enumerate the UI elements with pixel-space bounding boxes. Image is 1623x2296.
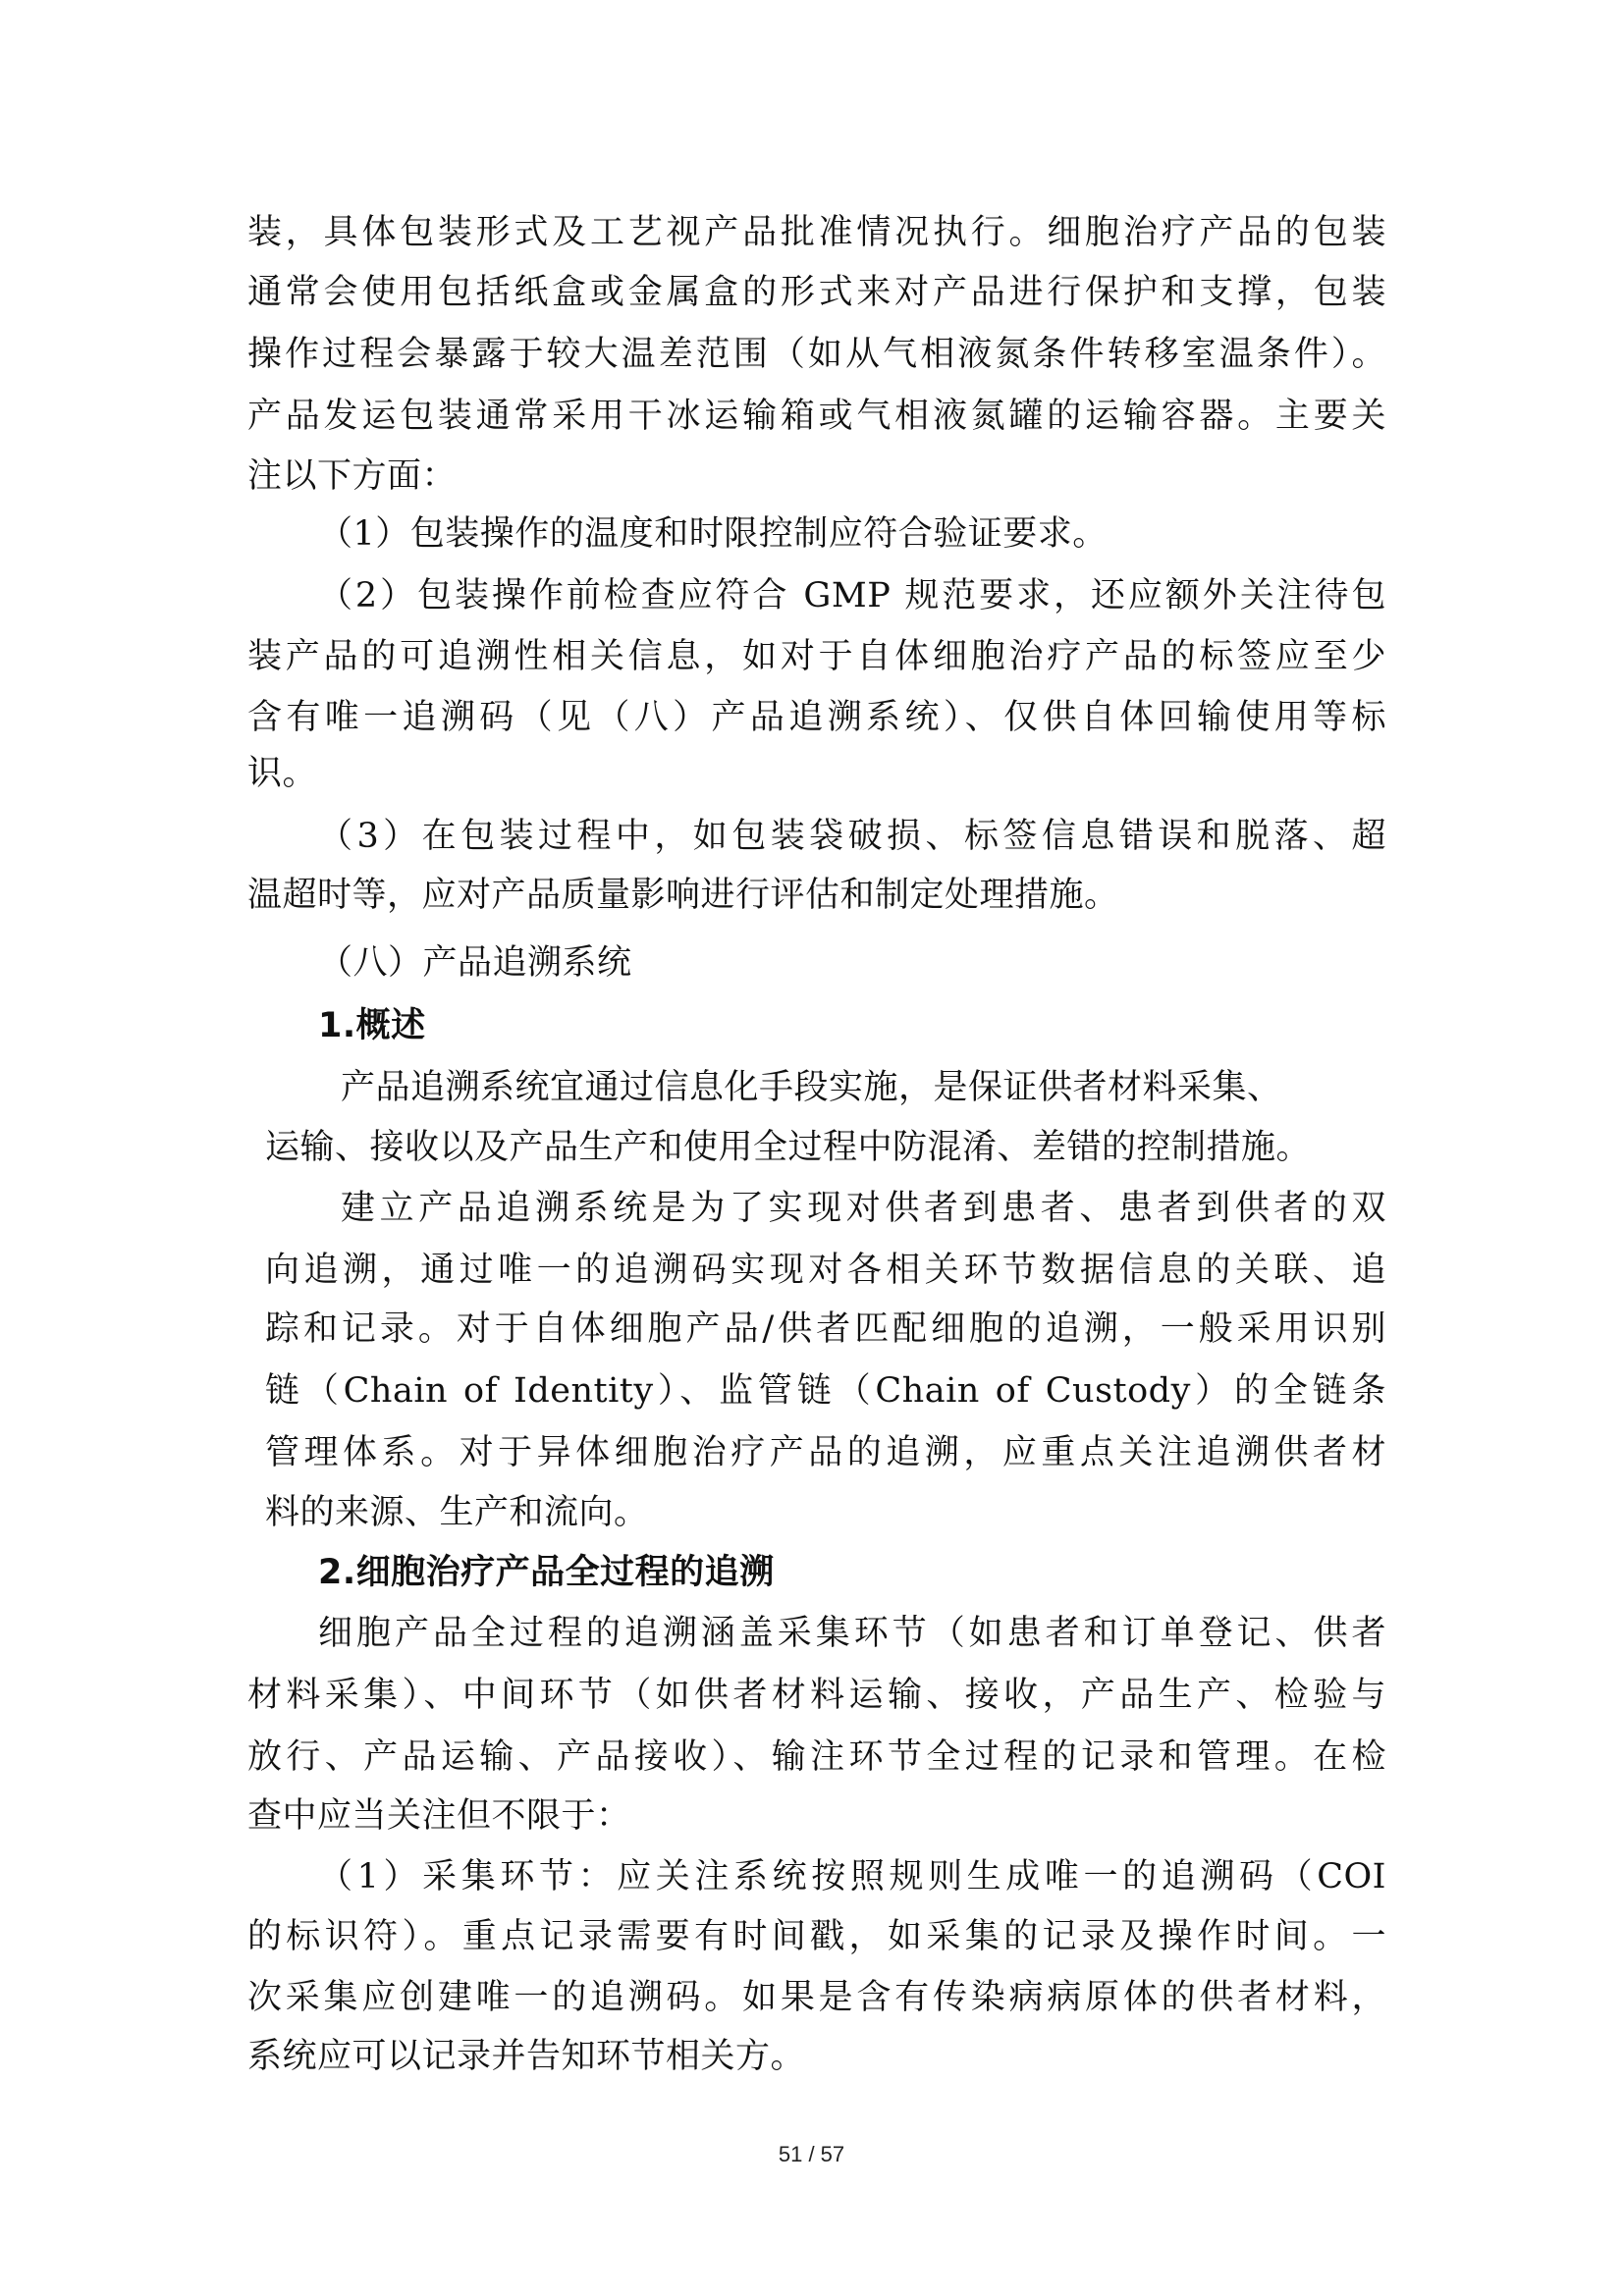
section-heading: （八）产品追溯系统 [318, 941, 1386, 985]
paragraph-line: 管理体系。对于异体细胞治疗产品的追溯，应重点关注追溯供者材 [265, 1431, 1386, 1474]
paragraph-line: 建立产品追溯系统是为了实现对供者到患者、患者到供者的双 [341, 1187, 1386, 1230]
paragraph-line: （1）采集环节：应关注系统按照规则生成唯一的追溯码（COI [318, 1855, 1386, 1898]
paragraph-line: 产品发运包装通常采用干冰运输箱或气相液氮罐的运输容器。主要关 [247, 395, 1386, 438]
subheading-traceability: 2.细胞治疗产品全过程的追溯 [318, 1551, 1386, 1594]
paragraph-line: 的标识符）。重点记录需要有时间戳，如采集的记录及操作时间。一 [247, 1915, 1386, 1958]
paragraph-line: 材料采集）、中间环节（如供者材料运输、接收，产品生产、检验与 [247, 1674, 1386, 1717]
paragraph-line: 查中应当关注但不限于： [247, 1794, 1386, 1838]
paragraph-line: 链（Chain of Identity）、监管链（Chain of Custod… [265, 1369, 1386, 1413]
subheading-overview: 1.概述 [318, 1004, 1386, 1047]
paragraph-line: 操作过程会暴露于较大温差范围（如从气相液氮条件转移室温条件）。 [247, 333, 1386, 376]
paragraph-line: 注以下方面： [247, 454, 1386, 498]
paragraph-line: 产品追溯系统宜通过信息化手段实施，是保证供者材料采集、 [341, 1066, 1386, 1109]
paragraph-line: 踪和记录。对于自体细胞产品/供者匹配细胞的追溯，一般采用识别 [265, 1308, 1386, 1351]
page-number: 51 / 57 [0, 2142, 1623, 2167]
document-page: 装，具体包装形式及工艺视产品批准情况执行。细胞治疗产品的包装通常会使用包括纸盒或… [0, 0, 1623, 2296]
paragraph-line: （3）在包装过程中，如包装袋破损、标签信息错误和脱落、超 [318, 815, 1386, 858]
paragraph-line: 装，具体包装形式及工艺视产品批准情况执行。细胞治疗产品的包装 [247, 211, 1386, 254]
paragraph-line: 向追溯，通过唯一的追溯码实现对各相关环节数据信息的关联、追 [265, 1249, 1386, 1292]
paragraph-line: 含有唯一追溯码（见（八）产品追溯系统）、仅供自体回输使用等标 [247, 696, 1386, 739]
paragraph-line: 温超时等，应对产品质量影响进行评估和制定处理措施。 [247, 874, 1386, 917]
paragraph-line: 放行、产品运输、产品接收）、输注环节全过程的记录和管理。在检 [247, 1735, 1386, 1779]
paragraph-line: 识。 [247, 752, 1386, 795]
paragraph-line: 系统应可以记录并告知环节相关方。 [247, 2035, 1386, 2078]
paragraph-line: 细胞产品全过程的追溯涵盖采集环节（如患者和订单登记、供者 [318, 1612, 1386, 1655]
paragraph-line: （1）包装操作的温度和时限控制应符合验证要求。 [318, 512, 1386, 556]
paragraph-line: （2）包装操作前检查应符合 GMP 规范要求，还应额外关注待包 [318, 574, 1386, 617]
paragraph-line: 运输、接收以及产品生产和使用全过程中防混淆、差错的控制措施。 [265, 1126, 1386, 1169]
paragraph-line: 装产品的可追溯性相关信息，如对于自体细胞治疗产品的标签应至少 [247, 635, 1386, 678]
paragraph-line: 通常会使用包括纸盒或金属盒的形式来对产品进行保护和支撑，包装 [247, 271, 1386, 314]
paragraph-line: 次采集应创建唯一的追溯码。如果是含有传染病病原体的供者材料， [247, 1976, 1386, 2019]
paragraph-line: 料的来源、生产和流向。 [265, 1491, 1386, 1534]
